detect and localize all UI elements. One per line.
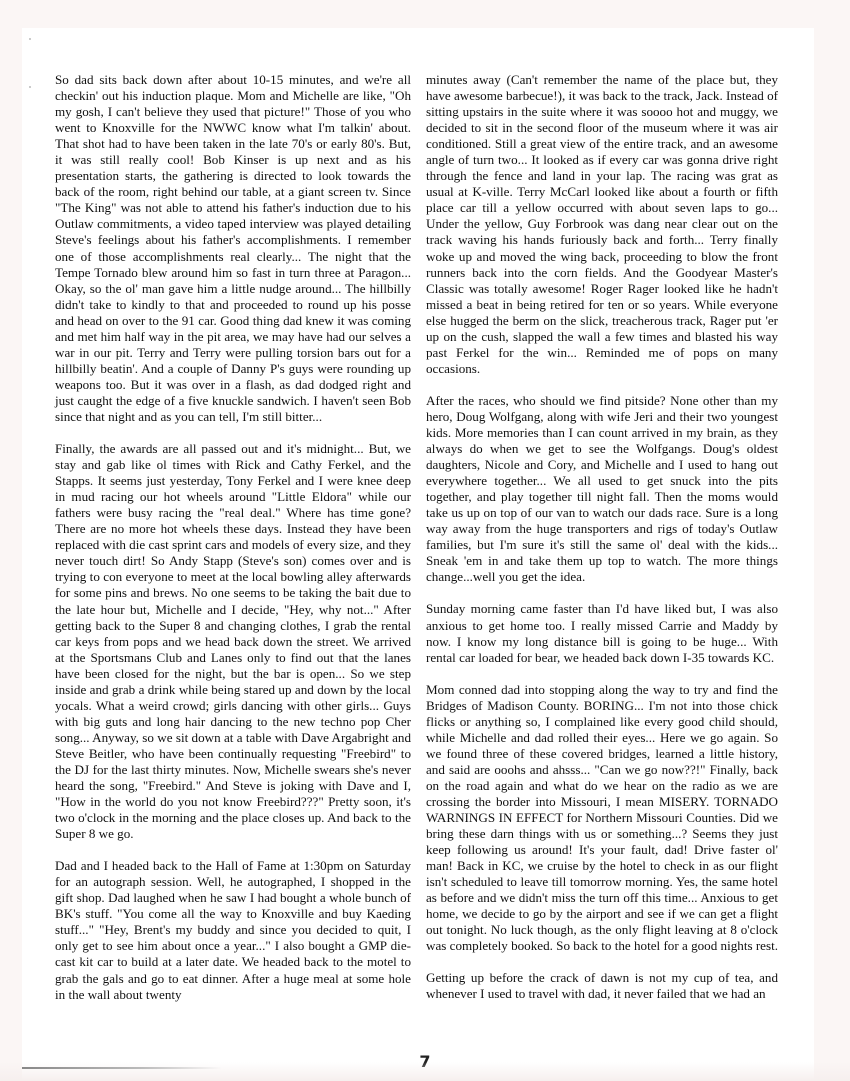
paragraph: Dad and I headed back to the Hall of Fam… [55,858,411,1002]
paragraph: Getting up before the crack of dawn is n… [426,970,778,1002]
right-column: minutes away (Can't remember the name of… [426,72,778,1019]
left-column: So dad sits back down after about 10-15 … [55,72,411,1019]
paragraph: Mom conned dad into stopping along the w… [426,682,778,955]
scan-speck [29,38,31,40]
paragraph: So dad sits back down after about 10-15 … [55,72,411,425]
scan-speck [29,86,31,88]
paragraph: minutes away (Can't remember the name of… [426,72,778,377]
scan-bottom-edge [0,1062,850,1081]
scan-edge-line [22,1067,222,1069]
paragraph: Finally, the awards are all passed out a… [55,441,411,842]
paragraph: After the races, who should we find pits… [426,393,778,586]
paragraph: Sunday morning came faster than I'd have… [426,601,778,665]
